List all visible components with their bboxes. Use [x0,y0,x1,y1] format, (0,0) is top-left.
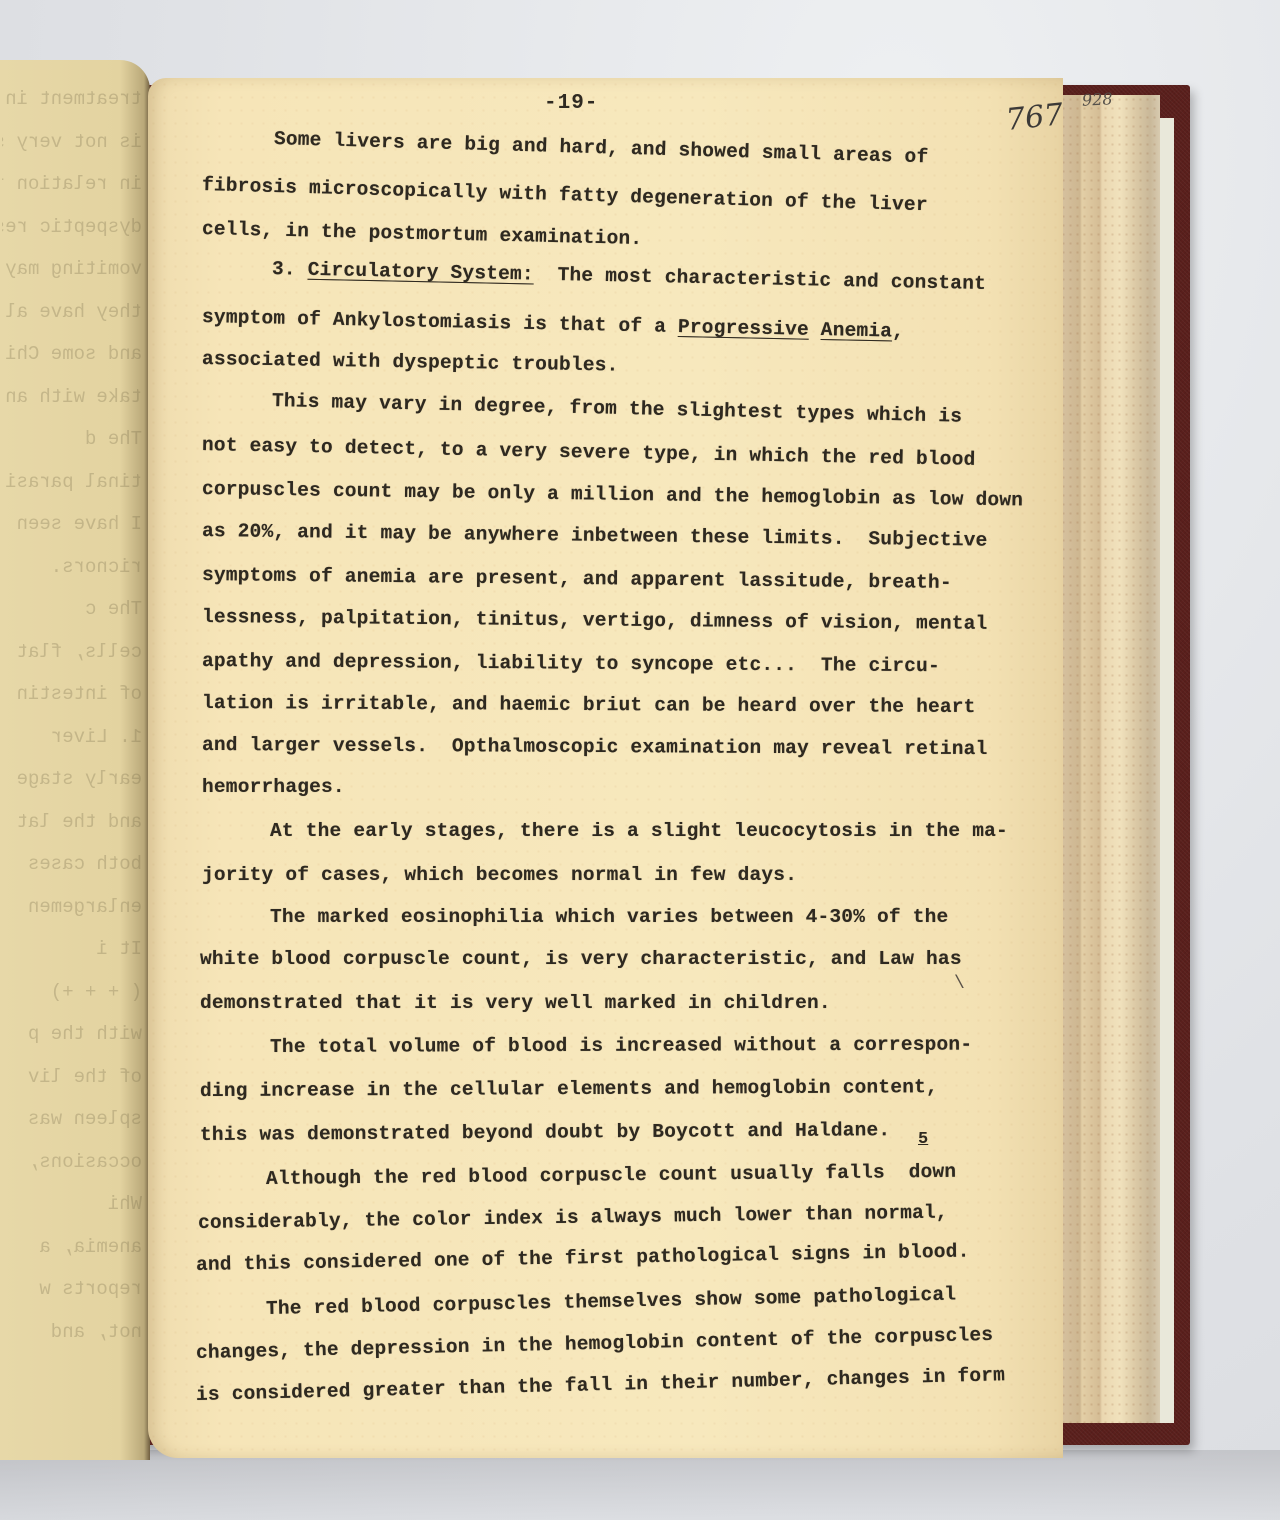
text-line: apathy and depression, liability to sync… [202,650,940,677]
text-line: This may vary in degree, from the slight… [272,390,963,428]
text-line: and larger vessels. Opthalmoscopic exami… [202,734,988,760]
book-shadow [0,1450,1280,1520]
margin-mark: \ [954,974,965,994]
pencil-folio-stack: 928 [1082,89,1113,110]
text-line: and this considered one of the first pat… [196,1241,970,1276]
section-heading: Circulatory System: [307,259,534,286]
text-line: this was demonstrated beyond doubt by Bo… [200,1119,890,1146]
text-line: associated with dyspeptic troubles. [202,348,619,377]
section-number: 3. [272,258,296,280]
text-line: Although the red blood corpuscle count u… [266,1161,957,1190]
text-line: symptom of Ankylostomiasis is that of a … [202,306,905,343]
footnote-reference: 5 [918,1130,928,1149]
pencil-folio: 767 [1004,97,1063,138]
text-line: changes, the depression in the hemoglobi… [196,1324,994,1364]
page-edges-stack [1060,95,1160,1423]
text-line: The marked eosinophilia which varies bet… [270,906,948,928]
typed-page: -19- 767 Some livers are big and hard, a… [148,78,1063,1458]
text-line: ding increase in the cellular elements a… [200,1076,938,1102]
text-line: demonstrated that it is very well marked… [200,992,831,1014]
text-line: The red blood corpuscles themselves show… [266,1284,957,1320]
text-line: white blood corpuscle count, is very cha… [200,948,962,970]
text-line: The total volume of blood is increased w… [270,1034,972,1058]
text-line: At the early stages, there is a slight l… [270,820,1008,842]
text-line: is considered greater than the fall in t… [196,1364,1006,1406]
page-number: -19- [544,92,598,115]
section-heading-line: 3. Circulatory System: The most characte… [272,258,986,295]
text-line: jority of cases, which becomes normal in… [202,864,797,886]
text-line: Some livers are big and hard, and showed… [274,128,929,168]
text-line: cells, in the postmortum examination. [202,218,643,250]
text-line: not easy to detect, to a very severe typ… [202,434,976,471]
underlined-term: Anemia [821,319,893,342]
text-line: hemorrhages. [202,776,345,798]
underlined-term: Progressive [678,316,809,341]
text-line: lessness, palpitation, tinitus, vertigo,… [202,606,988,635]
text-line: corpuscles count may be only a million a… [202,478,1023,511]
text-line: as 20%, and it may be anywhere inbetween… [202,520,988,552]
text-line: lation is irritable, and haemic briut ca… [202,692,976,718]
endpaper [1160,118,1174,1423]
section-lead: The most characteristic and constant [557,264,986,295]
left-page-bleedthrough-text: treatment in pa is not very s in relatio… [2,60,142,1478]
text-line: fibrosis microscopically with fatty dege… [202,174,928,216]
left-facing-page: treatment in pa is not very s in relatio… [0,60,150,1460]
text-line: symptoms of anemia are present, and appa… [202,564,952,594]
text-line: considerably, the color index is always … [198,1202,948,1234]
